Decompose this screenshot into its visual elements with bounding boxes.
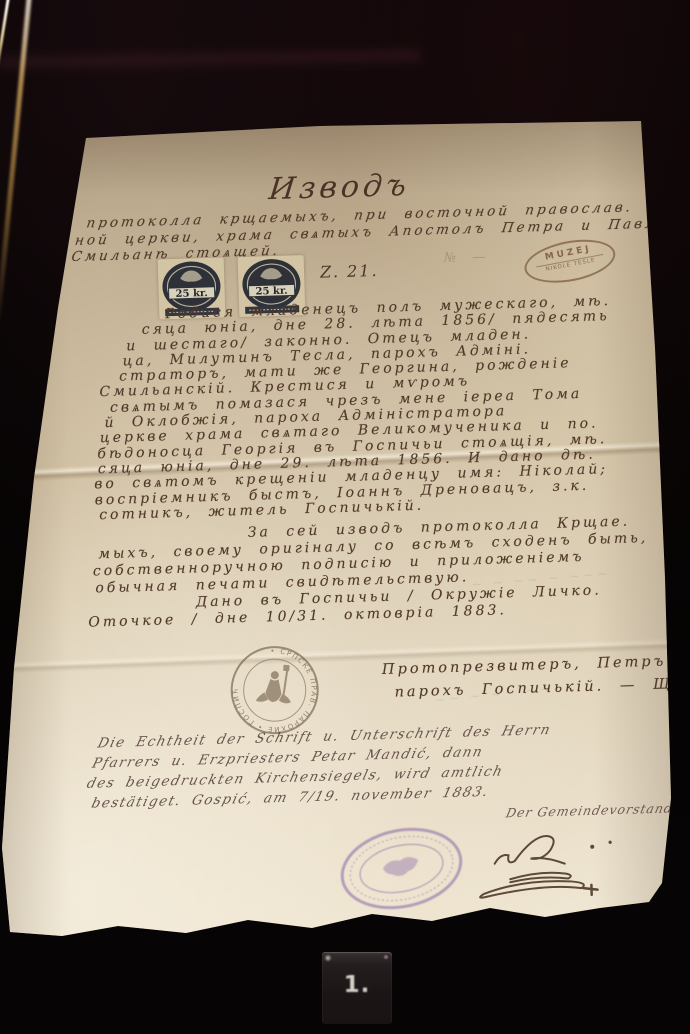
document-title: Изводъ [223,167,457,209]
stamp-value: 25 kr. [255,286,287,298]
signature-flourish-art [463,817,646,912]
german-attestation: Die Echtheit der Schrift u. Unterschrift… [84,720,553,814]
municipal-stamp-art [328,812,475,925]
body-paragraph: Родися младенецъ полъ мужескаго, мѣ. сяц… [0,294,617,526]
municipal-stamp [328,812,476,929]
document-paper: Изводъ протоколла крщаемыхъ, при восточн… [0,108,690,968]
signature-flourish [463,817,646,916]
exhibit-number: 1. [322,972,392,998]
stamp-value: 25 kr. [175,288,207,300]
faint-registry-number: № — [444,250,492,266]
stamp-crest [382,855,421,879]
reference-number: Z. 21. [320,261,379,282]
museum-display-photo: Изводъ протоколла крщаемыхъ, при восточн… [0,0,690,1034]
exhibit-number-plaque: 1. [322,952,392,1024]
document-content: Изводъ протоколла крщаемыхъ, при восточн… [0,98,690,978]
saint-figure-icon [256,663,294,704]
municipal-attestation-line: Der Gemeindevorstand [487,800,675,821]
